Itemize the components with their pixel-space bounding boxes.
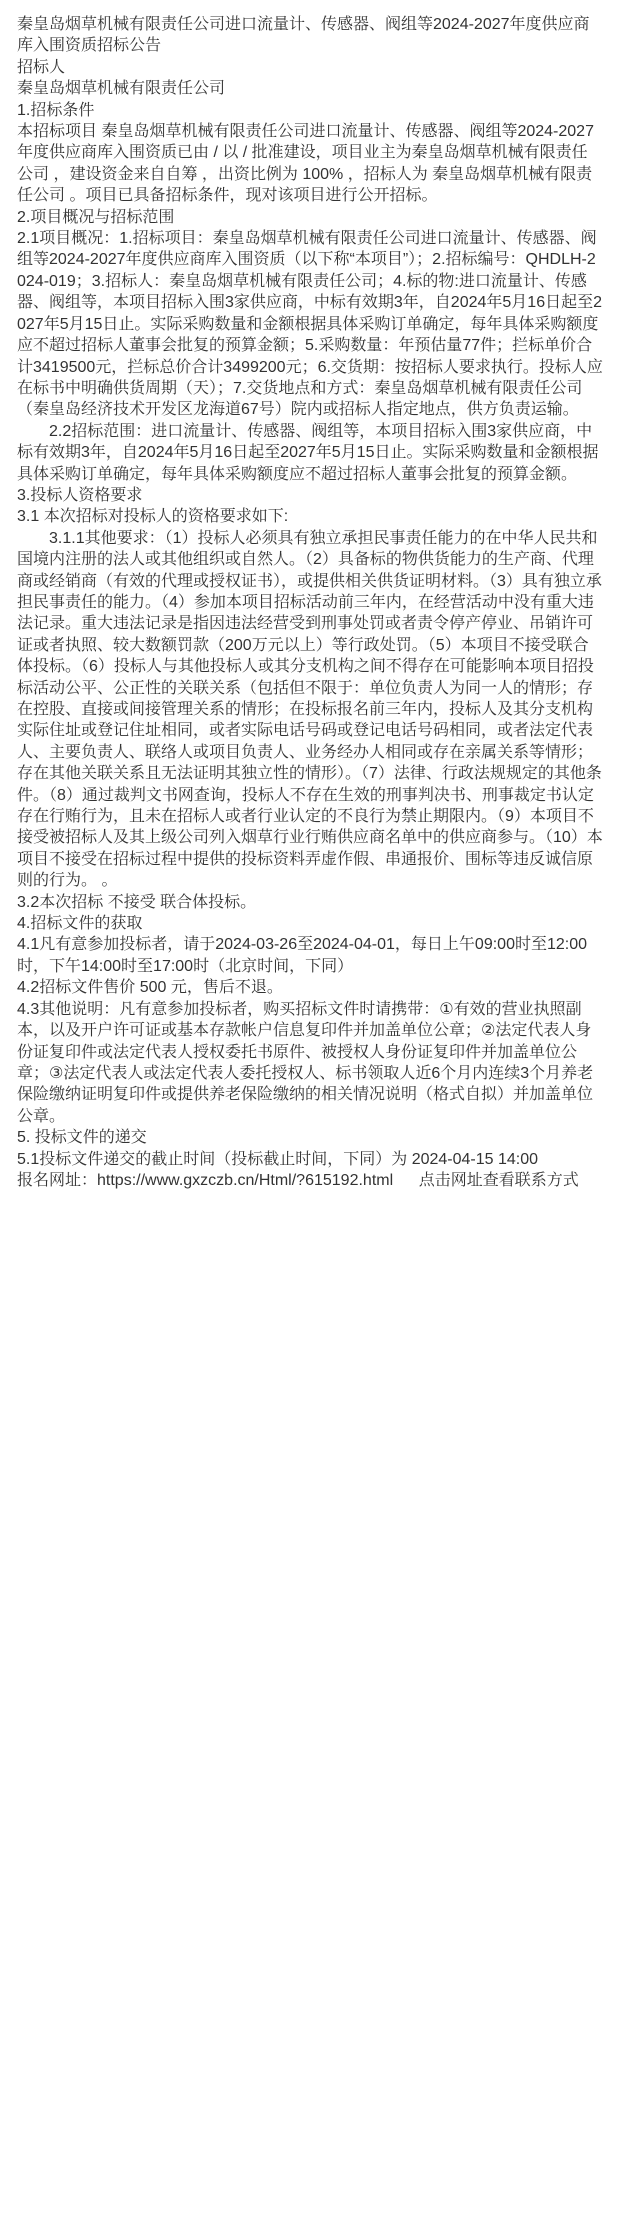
para-4-2-document-price: 4.2招标文件售价 500 元，售后不退。: [17, 977, 603, 998]
para-4-1-document-obtain-time: 4.1凡有意参加投标者，请于2024-03-26至2024-04-01，每日上午…: [17, 934, 603, 977]
para-2-2-tender-scope: 2.2招标范围：进口流量计、传感器、阀组等，本项目招标入围3家供应商，中标有效期…: [17, 421, 603, 485]
section-1-heading: 1.招标条件: [17, 100, 603, 121]
para-3-2-no-consortium: 3.2本次招标 不接受 联合体投标。: [17, 892, 603, 913]
section-5-heading: 5. 投标文件的递交: [17, 1127, 603, 1148]
signup-url[interactable]: https://www.gxzczb.cn/Html/?615192.html: [97, 1172, 393, 1189]
tenderer-name: 秦皇岛烟草机械有限责任公司: [17, 78, 603, 99]
para-2-1-project-overview: 2.1项目概况：1.招标项目：秦皇岛烟草机械有限责任公司进口流量计、传感器、阀组…: [17, 228, 603, 421]
section-2-heading: 2.项目概况与招标范围: [17, 207, 603, 228]
section-1-body: 本招标项目 秦皇岛烟草机械有限责任公司进口流量计、传感器、阀组等2024-202…: [17, 121, 603, 207]
signup-line: 报名网址：https://www.gxzczb.cn/Html/?615192.…: [17, 1170, 603, 1191]
para-3-1-1-other-requirements: 3.1.1其他要求：（1）投标人必须具有独立承担民事责任能力的在中华人民共和国境…: [17, 528, 603, 892]
section-3-heading: 3.投标人资格要求: [17, 485, 603, 506]
para-5-1-submission-deadline: 5.1投标文件递交的截止时间（投标截止时间，下同）为 2024-04-15 14…: [17, 1149, 603, 1170]
signup-label: 报名网址：: [17, 1172, 97, 1189]
tender-announcement-document: 秦皇岛烟草机械有限责任公司进口流量计、传感器、阀组等2024-2027年度供应商…: [0, 0, 620, 1191]
announcement-title: 秦皇岛烟草机械有限责任公司进口流量计、传感器、阀组等2024-2027年度供应商…: [17, 14, 603, 57]
tenderer-label: 招标人: [17, 57, 603, 78]
para-4-3-other-notes: 4.3其他说明：凡有意参加投标者，购买招标文件时请携带：①有效的营业执照副本，以…: [17, 999, 603, 1127]
signup-hint: 点击网址查看联系方式: [419, 1172, 579, 1189]
para-3-1-qualification-intro: 3.1 本次招标对投标人的资格要求如下:: [17, 506, 603, 527]
section-4-heading: 4.招标文件的获取: [17, 913, 603, 934]
